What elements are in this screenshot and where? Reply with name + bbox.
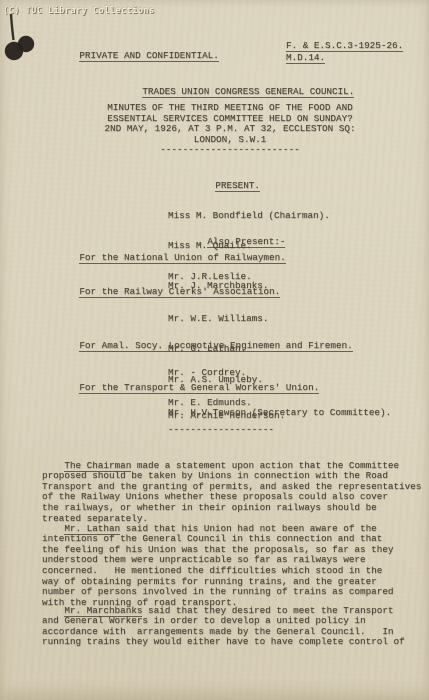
divider-dashes: ------------------------- xyxy=(75,145,385,156)
file-reference: F. & E.S.C.3-1925-26. xyxy=(286,40,403,52)
paragraph-marchbanks: Mr. Marchbanks said that they desired to… xyxy=(42,595,429,659)
secretary-line: Mr. H.V.Tewson (Secretary to Committee). xyxy=(168,408,391,419)
classification-label: PRIVATE AND CONFIDENTIAL. xyxy=(57,40,219,72)
meeting-heading-line: MINUTES OF THE THIRD MEETING OF THE FOOD… xyxy=(75,103,385,114)
reference-numbers: F. & E.S.C.3-1925-26. M.D.14. xyxy=(286,40,403,64)
ink-blot xyxy=(0,10,42,68)
attendee-name: Miss M. Bondfield (Chairman). xyxy=(168,211,330,221)
doc-reference: M.D.14. xyxy=(286,52,325,64)
attendee-name: Mr. W.E. Williams. xyxy=(168,314,268,324)
ink-blot-graphic xyxy=(0,10,42,64)
scanned-minutes-page: (C) TUC Library Collections PRIVATE AND … xyxy=(0,0,429,700)
meeting-heading: MINUTES OF THE THIRD MEETING OF THE FOOD… xyxy=(75,103,385,156)
divider-dashes: ------------------- xyxy=(168,425,274,436)
